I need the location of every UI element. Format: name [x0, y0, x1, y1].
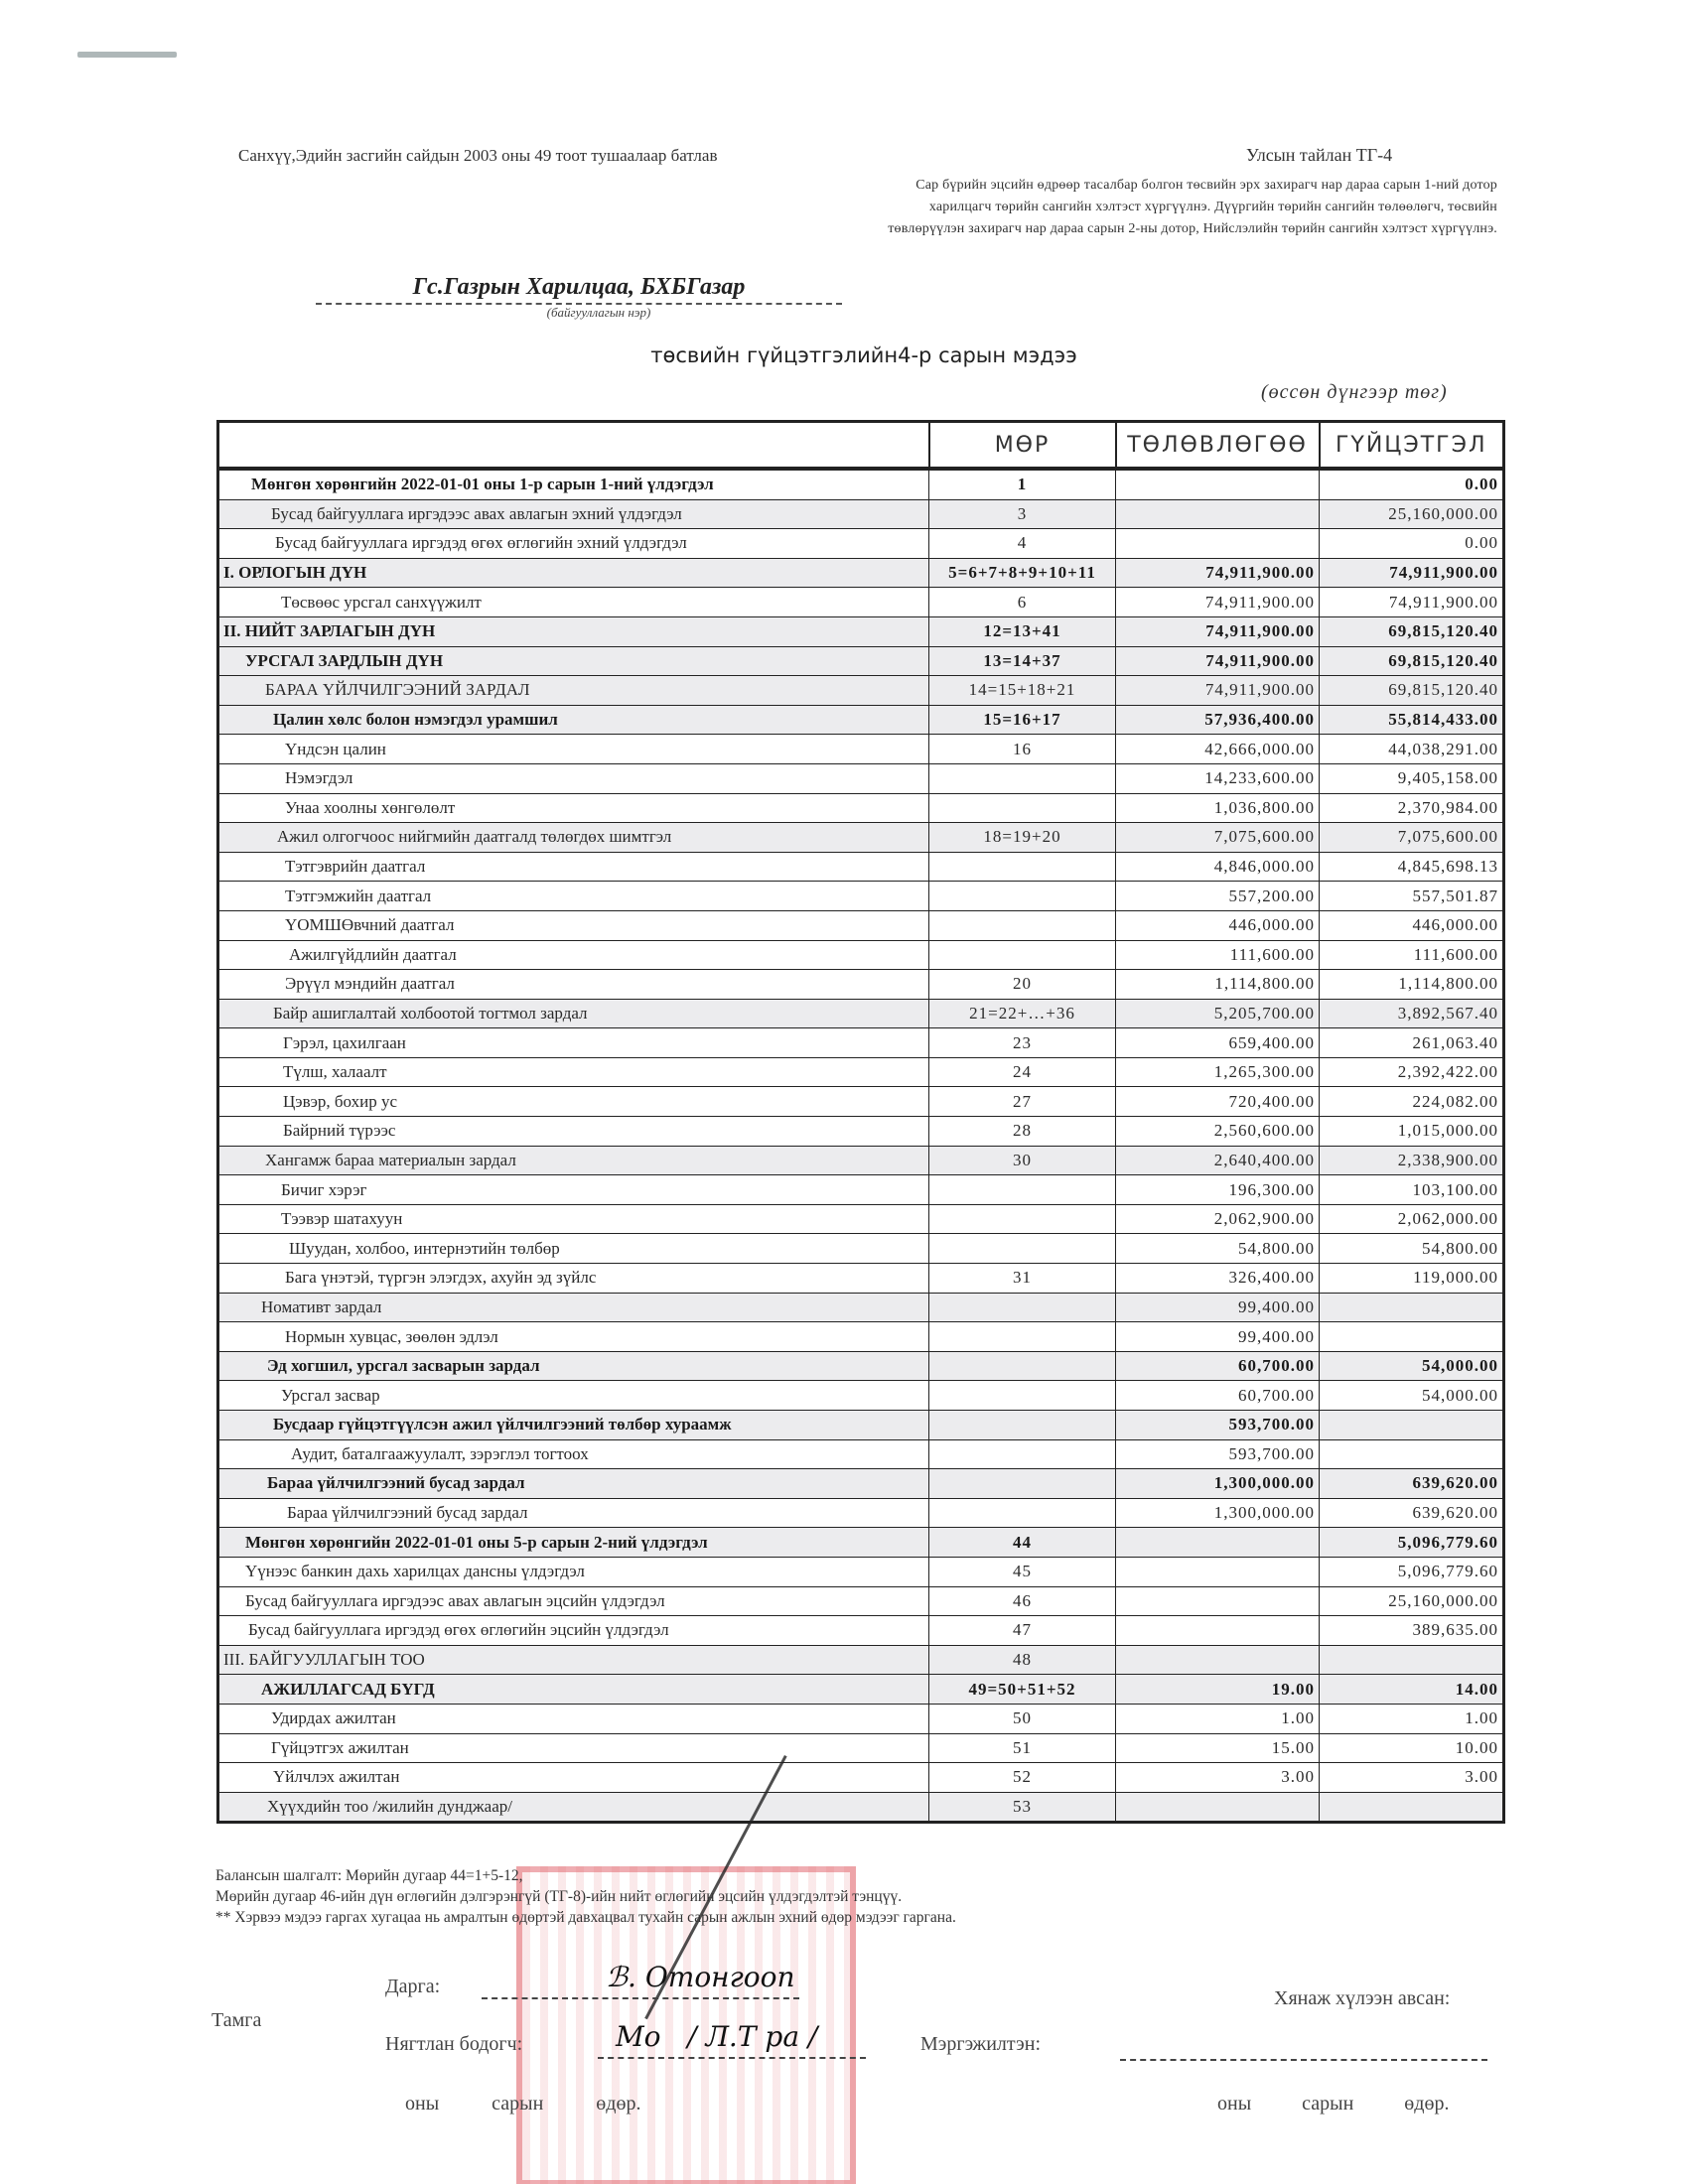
plan-value: 15.00 — [1116, 1733, 1320, 1763]
table-row: Нэмэгдэл14,233,600.009,405,158.00 — [218, 763, 1504, 793]
row-label: Байр ашиглалтай холбоотой тогтмол зардал — [218, 999, 929, 1028]
row-number: 28 — [929, 1117, 1116, 1147]
table-row: Бусад байгууллага иргэдээс авах авлагын … — [218, 499, 1504, 529]
table-row: Тэтгэврийн даатгал4,846,000.004,845,698.… — [218, 852, 1504, 882]
row-label: Мөнгөн хөрөнгийн 2022-01-01 оны 5-р сары… — [218, 1528, 929, 1558]
row-number: 50 — [929, 1704, 1116, 1733]
plan-value: 4,846,000.00 — [1116, 852, 1320, 882]
column-header-name — [218, 422, 929, 470]
table-header-row: МӨР ТӨЛӨВЛӨГӨӨ ГҮЙЦЭТГЭЛ — [218, 422, 1504, 470]
row-label: Нормын хувцас, зөөлөн эдлэл — [218, 1322, 929, 1352]
plan-value — [1116, 1616, 1320, 1646]
table-row: Байр ашиглалтай холбоотой тогтмол зардал… — [218, 999, 1504, 1028]
row-label: УРСГАЛ ЗАРДЛЫН ДҮН — [218, 646, 929, 676]
row-label: Бага үнэтэй, түргэн элэгдэх, ахуйн эд зү… — [218, 1264, 929, 1294]
row-number: 45 — [929, 1557, 1116, 1586]
row-number: 18=19+20 — [929, 823, 1116, 853]
execution-value: 639,620.00 — [1320, 1498, 1504, 1528]
execution-value: 74,911,900.00 — [1320, 588, 1504, 617]
row-number: 31 — [929, 1264, 1116, 1294]
row-number — [929, 1411, 1116, 1440]
row-number: 4 — [929, 529, 1116, 559]
execution-value — [1320, 1792, 1504, 1823]
table-row: УРСГАЛ ЗАРДЛЫН ДҮН13=14+3774,911,900.006… — [218, 646, 1504, 676]
row-number — [929, 1234, 1116, 1264]
row-label: Эрүүл мэндийн даатгал — [218, 970, 929, 1000]
stamp-label: Тамга — [211, 2009, 261, 2032]
execution-value — [1320, 1439, 1504, 1469]
execution-value: 54,800.00 — [1320, 1234, 1504, 1264]
table-row: Бараа үйлчилгээний бусад зардал1,300,000… — [218, 1469, 1504, 1499]
row-number — [929, 1175, 1116, 1205]
row-number — [929, 882, 1116, 911]
note-row-46: Мөрийн дугаар 46-ийн дүн өглөгийн дэлгэр… — [215, 1886, 1506, 1907]
row-number — [929, 1351, 1116, 1381]
plan-value: 57,936,400.00 — [1116, 705, 1320, 735]
row-label: Бараа үйлчилгээний бусад зардал — [218, 1469, 929, 1499]
row-label: Бусад байгууллага иргэдэд өгөх өглөгийн … — [218, 1616, 929, 1646]
plan-value — [1116, 1586, 1320, 1616]
row-label: Мөнгөн хөрөнгийн 2022-01-01 оны 1-р сары… — [218, 469, 929, 499]
execution-value: 14.00 — [1320, 1675, 1504, 1705]
table-row: Нормын хувцас, зөөлөн эдлэл99,400.00 — [218, 1322, 1504, 1352]
table-row: Тэтгэмжийн даатгал557,200.00557,501.87 — [218, 882, 1504, 911]
execution-value: 1,015,000.00 — [1320, 1117, 1504, 1147]
plan-value: 99,400.00 — [1116, 1322, 1320, 1352]
plan-value: 2,640,400.00 — [1116, 1146, 1320, 1175]
row-number: 20 — [929, 970, 1116, 1000]
table-row: Хангамж бараа материалын зардал302,640,4… — [218, 1146, 1504, 1175]
row-label: Удирдах ажилтан — [218, 1704, 929, 1733]
plan-value: 74,911,900.00 — [1116, 646, 1320, 676]
row-label: Бусдаар гүйцэтгүүлсэн ажил үйлчилгээний … — [218, 1411, 929, 1440]
row-number: 46 — [929, 1586, 1116, 1616]
row-label: Бусад байгууллага иргэдээс авах авлагын … — [218, 499, 929, 529]
row-number: 1 — [929, 469, 1116, 499]
plan-value: 1,265,300.00 — [1116, 1057, 1320, 1087]
table-row: Цэвэр, бохир ус27720,400.00224,082.00 — [218, 1087, 1504, 1117]
submission-instruction: Сар бүрийн эцсийн өдрөөр тасалбар болгон… — [854, 175, 1497, 240]
row-label: Шуудан, холбоо, интернэтийн төлбөр — [218, 1234, 929, 1264]
execution-value: 2,370,984.00 — [1320, 793, 1504, 823]
table-row: Мөнгөн хөрөнгийн 2022-01-01 оны 5-р сары… — [218, 1528, 1504, 1558]
table-row: Байрний түрээс282,560,600.001,015,000.00 — [218, 1117, 1504, 1147]
execution-value: 261,063.40 — [1320, 1028, 1504, 1058]
row-number: 47 — [929, 1616, 1116, 1646]
execution-value: 25,160,000.00 — [1320, 1586, 1504, 1616]
table-row: Унаа хоолны хөнгөлөлт1,036,800.002,370,9… — [218, 793, 1504, 823]
row-label: Үйлчлэх ажилтан — [218, 1763, 929, 1793]
row-label: Төсвөөс урсгал санхүүжилт — [218, 588, 929, 617]
execution-value: 4,845,698.13 — [1320, 852, 1504, 882]
execution-value: 1,114,800.00 — [1320, 970, 1504, 1000]
plan-value — [1116, 529, 1320, 559]
row-number: 44 — [929, 1528, 1116, 1558]
execution-value — [1320, 1322, 1504, 1352]
row-number: 3 — [929, 499, 1116, 529]
plan-value: 1,300,000.00 — [1116, 1469, 1320, 1499]
table-row: Бусад байгууллага иргэдэд өгөх өглөгийн … — [218, 529, 1504, 559]
plan-value: 60,700.00 — [1116, 1351, 1320, 1381]
table-row: Аудит, баталгаажуулалт, зэрэглэл тогтоох… — [218, 1439, 1504, 1469]
table-row: Бусад байгууллага иргэдээс авах авлагын … — [218, 1586, 1504, 1616]
plan-value — [1116, 469, 1320, 499]
row-number: 16 — [929, 735, 1116, 764]
plan-value: 326,400.00 — [1116, 1264, 1320, 1294]
plan-value: 42,666,000.00 — [1116, 735, 1320, 764]
row-label: АЖИЛЛАГСАД БҮГД — [218, 1675, 929, 1705]
row-label: Ажилгүйдлийн даатгал — [218, 940, 929, 970]
execution-value — [1320, 1411, 1504, 1440]
row-label: Аудит, баталгаажуулалт, зэрэглэл тогтоох — [218, 1439, 929, 1469]
table-row: Үйлчлэх ажилтан523.003.00 — [218, 1763, 1504, 1793]
row-label: Түлш, халаалт — [218, 1057, 929, 1087]
table-row: II. НИЙТ ЗАРЛАГЫН ДҮН12=13+4174,911,900.… — [218, 616, 1504, 646]
row-number: 30 — [929, 1146, 1116, 1175]
director-signature: ℬ. Отонгооn — [606, 1961, 795, 1993]
execution-value: 69,815,120.40 — [1320, 646, 1504, 676]
row-label: Гэрэл, цахилгаан — [218, 1028, 929, 1058]
execution-value: 0.00 — [1320, 529, 1504, 559]
execution-value: 103,100.00 — [1320, 1175, 1504, 1205]
row-number — [929, 1293, 1116, 1322]
plan-value: 557,200.00 — [1116, 882, 1320, 911]
table-row: Бага үнэтэй, түргэн элэгдэх, ахуйн эд зү… — [218, 1264, 1504, 1294]
row-label: Цалин хөлс болон нэмэгдэл урамшил — [218, 705, 929, 735]
date-left: оны сарын өдөр. — [405, 2093, 640, 2116]
plan-value: 111,600.00 — [1116, 940, 1320, 970]
table-row: АЖИЛЛАГСАД БҮГД49=50+51+5219.0014.00 — [218, 1675, 1504, 1705]
plan-value: 5,205,700.00 — [1116, 999, 1320, 1028]
row-number — [929, 1469, 1116, 1499]
row-label: II. НИЙТ ЗАРЛАГЫН ДҮН — [218, 616, 929, 646]
notes-block: Балансын шалгалт: Мөрийн дугаар 44=1+5-1… — [215, 1865, 1506, 1928]
plan-value — [1116, 1557, 1320, 1586]
plan-value: 593,700.00 — [1116, 1439, 1320, 1469]
row-number: 13=14+37 — [929, 646, 1116, 676]
execution-value: 2,392,422.00 — [1320, 1057, 1504, 1087]
table-row: Бусдаар гүйцэтгүүлсэн ажил үйлчилгээний … — [218, 1411, 1504, 1440]
table-row: Үүнээс банкин дахь харилцах дансны үлдэг… — [218, 1557, 1504, 1586]
table-row: Хүүхдийн тоо /жилийн дунджаар/53 — [218, 1792, 1504, 1823]
row-number: 49=50+51+52 — [929, 1675, 1116, 1705]
row-label: Нэмэгдэл — [218, 763, 929, 793]
table-body: Мөнгөн хөрөнгийн 2022-01-01 оны 1-р сары… — [218, 469, 1504, 1823]
row-number — [929, 940, 1116, 970]
execution-value: 557,501.87 — [1320, 882, 1504, 911]
table-row: ҮОМШӨвчний даатгал446,000.00446,000.00 — [218, 910, 1504, 940]
plan-value: 2,062,900.00 — [1116, 1204, 1320, 1234]
row-number — [929, 1204, 1116, 1234]
plan-value: 593,700.00 — [1116, 1411, 1320, 1440]
row-number — [929, 763, 1116, 793]
plan-value: 19.00 — [1116, 1675, 1320, 1705]
plan-value: 1,036,800.00 — [1116, 793, 1320, 823]
execution-value: 25,160,000.00 — [1320, 499, 1504, 529]
row-label: I. ОРЛОГЫН ДҮН — [218, 558, 929, 588]
execution-value: 111,600.00 — [1320, 940, 1504, 970]
row-number: 53 — [929, 1792, 1116, 1823]
table-row: Үндсэн цалин1642,666,000.0044,038,291.00 — [218, 735, 1504, 764]
plan-value: 99,400.00 — [1116, 1293, 1320, 1322]
row-number: 48 — [929, 1645, 1116, 1675]
execution-value: 74,911,900.00 — [1320, 558, 1504, 588]
organization-name: Гс.Газрын Харилцаа, БХБГазар — [316, 274, 842, 305]
table-row: Цалин хөлс болон нэмэгдэл урамшил15=16+1… — [218, 705, 1504, 735]
row-number: 21=22+…+36 — [929, 999, 1116, 1028]
execution-value: 7,075,600.00 — [1320, 823, 1504, 853]
plan-value: 446,000.00 — [1116, 910, 1320, 940]
accountant-signature: Мо / Л.Т ра / — [616, 2020, 817, 2053]
table-row: Ажил олгогчоос нийгмийн даатгалд төлөгдө… — [218, 823, 1504, 853]
row-number — [929, 1498, 1116, 1528]
director-signature-line — [482, 1997, 799, 1999]
unit-note: (өссөн дүнгээр төг) — [1261, 381, 1448, 404]
row-number: 12=13+41 — [929, 616, 1116, 646]
plan-value: 659,400.00 — [1116, 1028, 1320, 1058]
row-label: Ажил олгогчоос нийгмийн даатгалд төлөгдө… — [218, 823, 929, 853]
execution-value: 69,815,120.40 — [1320, 676, 1504, 706]
plan-value: 720,400.00 — [1116, 1087, 1320, 1117]
execution-value: 2,338,900.00 — [1320, 1146, 1504, 1175]
row-number — [929, 910, 1116, 940]
accountant-label: Нягтлан бодогч: — [385, 2033, 522, 2056]
plan-value: 74,911,900.00 — [1116, 616, 1320, 646]
row-label: Үндсэн цалин — [218, 735, 929, 764]
row-label: III. БАЙГУУЛЛАГЫН ТОО — [218, 1645, 929, 1675]
row-label: Бусад байгууллага иргэдээс авах авлагын … — [218, 1586, 929, 1616]
row-label: Тэтгэврийн даатгал — [218, 852, 929, 882]
plan-value: 60,700.00 — [1116, 1381, 1320, 1411]
row-label: Цэвэр, бохир ус — [218, 1087, 929, 1117]
scan-artifact — [77, 52, 177, 58]
execution-value: 3.00 — [1320, 1763, 1504, 1793]
specialist-label: Мэргэжилтэн: — [920, 2033, 1041, 2056]
execution-value: 0.00 — [1320, 469, 1504, 499]
accountant-signature-line — [598, 2057, 866, 2059]
table-row: Бусад байгууллага иргэдэд өгөх өглөгийн … — [218, 1616, 1504, 1646]
row-number: 27 — [929, 1087, 1116, 1117]
execution-value: 54,000.00 — [1320, 1351, 1504, 1381]
table-row: Гүйцэтгэх ажилтан5115.0010.00 — [218, 1733, 1504, 1763]
execution-value: 69,815,120.40 — [1320, 616, 1504, 646]
row-label: Хангамж бараа материалын зардал — [218, 1146, 929, 1175]
row-number: 6 — [929, 588, 1116, 617]
plan-value: 1,114,800.00 — [1116, 970, 1320, 1000]
plan-value — [1116, 1528, 1320, 1558]
row-label: Тэтгэмжийн даатгал — [218, 882, 929, 911]
plan-value: 3.00 — [1116, 1763, 1320, 1793]
table-row: Бараа үйлчилгээний бусад зардал1,300,000… — [218, 1498, 1504, 1528]
execution-value: 119,000.00 — [1320, 1264, 1504, 1294]
table-row: I. ОРЛОГЫН ДҮН5=6+7+8+9+10+1174,911,900.… — [218, 558, 1504, 588]
execution-value: 5,096,779.60 — [1320, 1557, 1504, 1586]
report-code: Улсын тайлан ТГ-4 — [1246, 145, 1392, 166]
row-label: Хүүхдийн тоо /жилийн дунджаар/ — [218, 1792, 929, 1823]
row-number — [929, 1381, 1116, 1411]
organization-caption: (байгууллагын нэр) — [355, 305, 842, 321]
row-number — [929, 793, 1116, 823]
row-label: Байрний түрээс — [218, 1117, 929, 1147]
row-label: Бараа үйлчилгээний бусад зардал — [218, 1498, 929, 1528]
note-holiday: ** Хэрвээ мэдээ гаргах хугацаа нь амралт… — [215, 1907, 1506, 1928]
execution-value: 44,038,291.00 — [1320, 735, 1504, 764]
plan-value: 196,300.00 — [1116, 1175, 1320, 1205]
table-row: Урсгал засвар60,700.0054,000.00 — [218, 1381, 1504, 1411]
execution-value: 54,000.00 — [1320, 1381, 1504, 1411]
plan-value: 74,911,900.00 — [1116, 676, 1320, 706]
report-title: төсвийн гүйцэтгэлийн4-р сарын мэдээ — [0, 343, 1688, 367]
row-number — [929, 1322, 1116, 1352]
reviewed-label: Хянаж хүлээн авсан: — [1274, 1987, 1450, 2010]
plan-value: 2,560,600.00 — [1116, 1117, 1320, 1147]
execution-value: 2,062,000.00 — [1320, 1204, 1504, 1234]
plan-value: 1,300,000.00 — [1116, 1498, 1320, 1528]
date-right: оны сарын өдөр. — [1217, 2093, 1449, 2116]
row-number — [929, 852, 1116, 882]
table-row: Бичиг хэрэг196,300.00103,100.00 — [218, 1175, 1504, 1205]
row-number — [929, 1439, 1116, 1469]
execution-value: 55,814,433.00 — [1320, 705, 1504, 735]
table-row: Мөнгөн хөрөнгийн 2022-01-01 оны 1-р сары… — [218, 469, 1504, 499]
row-label: ҮОМШӨвчний даатгал — [218, 910, 929, 940]
plan-value: 1.00 — [1116, 1704, 1320, 1733]
plan-value: 14,233,600.00 — [1116, 763, 1320, 793]
row-label: Үүнээс банкин дахь харилцах дансны үлдэг… — [218, 1557, 929, 1586]
table-row: Түлш, халаалт241,265,300.002,392,422.00 — [218, 1057, 1504, 1087]
approval-line: Санхүү,Эдийн засгийн сайдын 2003 оны 49 … — [238, 145, 794, 166]
row-label: Тээвэр шатахуун — [218, 1204, 929, 1234]
execution-value: 1.00 — [1320, 1704, 1504, 1733]
column-header-row-number: МӨР — [929, 422, 1116, 470]
table-row: Удирдах ажилтан501.001.00 — [218, 1704, 1504, 1733]
execution-value: 10.00 — [1320, 1733, 1504, 1763]
table-row: Эрүүл мэндийн даатгал201,114,800.001,114… — [218, 970, 1504, 1000]
table-row: Эд хогшил, урсгал засварын зардал60,700.… — [218, 1351, 1504, 1381]
execution-value: 224,082.00 — [1320, 1087, 1504, 1117]
row-label: Бичиг хэрэг — [218, 1175, 929, 1205]
column-header-execution: ГҮЙЦЭТГЭЛ — [1320, 422, 1504, 470]
plan-value — [1116, 1792, 1320, 1823]
row-number: 24 — [929, 1057, 1116, 1087]
budget-execution-table: МӨР ТӨЛӨВЛӨГӨӨ ГҮЙЦЭТГЭЛ Мөнгөн хөрөнгий… — [216, 420, 1505, 1824]
table-row: Ажилгүйдлийн даатгал111,600.00111,600.00 — [218, 940, 1504, 970]
plan-value: 54,800.00 — [1116, 1234, 1320, 1264]
execution-value: 446,000.00 — [1320, 910, 1504, 940]
table-row: БАРАА ҮЙЛЧИЛГЭЭНИЙ ЗАРДАЛ14=15+18+2174,9… — [218, 676, 1504, 706]
execution-value: 3,892,567.40 — [1320, 999, 1504, 1028]
execution-value — [1320, 1293, 1504, 1322]
table-row: Номативт зардал99,400.00 — [218, 1293, 1504, 1322]
plan-value: 74,911,900.00 — [1116, 558, 1320, 588]
execution-value: 9,405,158.00 — [1320, 763, 1504, 793]
note-balance-check: Балансын шалгалт: Мөрийн дугаар 44=1+5-1… — [215, 1865, 1506, 1886]
column-header-plan: ТӨЛӨВЛӨГӨӨ — [1116, 422, 1320, 470]
table-row: Шуудан, холбоо, интернэтийн төлбөр54,800… — [218, 1234, 1504, 1264]
row-label: Урсгал засвар — [218, 1381, 929, 1411]
plan-value: 74,911,900.00 — [1116, 588, 1320, 617]
execution-value: 5,096,779.60 — [1320, 1528, 1504, 1558]
plan-value — [1116, 1645, 1320, 1675]
plan-value: 7,075,600.00 — [1116, 823, 1320, 853]
row-label: Бусад байгууллага иргэдэд өгөх өглөгийн … — [218, 529, 929, 559]
organization-block: Гс.Газрын Харилцаа, БХБГазар (байгууллаг… — [316, 274, 842, 321]
table-row: Тээвэр шатахуун2,062,900.002,062,000.00 — [218, 1204, 1504, 1234]
row-label: Унаа хоолны хөнгөлөлт — [218, 793, 929, 823]
execution-value: 389,635.00 — [1320, 1616, 1504, 1646]
specialist-signature-line — [1120, 2059, 1487, 2061]
table-row: III. БАЙГУУЛЛАГЫН ТОО48 — [218, 1645, 1504, 1675]
row-label: Гүйцэтгэх ажилтан — [218, 1733, 929, 1763]
row-label: Эд хогшил, урсгал засварын зардал — [218, 1351, 929, 1381]
row-number: 23 — [929, 1028, 1116, 1058]
row-number: 5=6+7+8+9+10+11 — [929, 558, 1116, 588]
row-label: Номативт зардал — [218, 1293, 929, 1322]
row-label: БАРАА ҮЙЛЧИЛГЭЭНИЙ ЗАРДАЛ — [218, 676, 929, 706]
row-number: 15=16+17 — [929, 705, 1116, 735]
row-number: 51 — [929, 1733, 1116, 1763]
table-row: Төсвөөс урсгал санхүүжилт674,911,900.007… — [218, 588, 1504, 617]
plan-value — [1116, 499, 1320, 529]
row-number: 52 — [929, 1763, 1116, 1793]
table-row: Гэрэл, цахилгаан23659,400.00261,063.40 — [218, 1028, 1504, 1058]
execution-value: 639,620.00 — [1320, 1469, 1504, 1499]
director-label: Дарга: — [385, 1976, 440, 1998]
execution-value — [1320, 1645, 1504, 1675]
row-number: 14=15+18+21 — [929, 676, 1116, 706]
